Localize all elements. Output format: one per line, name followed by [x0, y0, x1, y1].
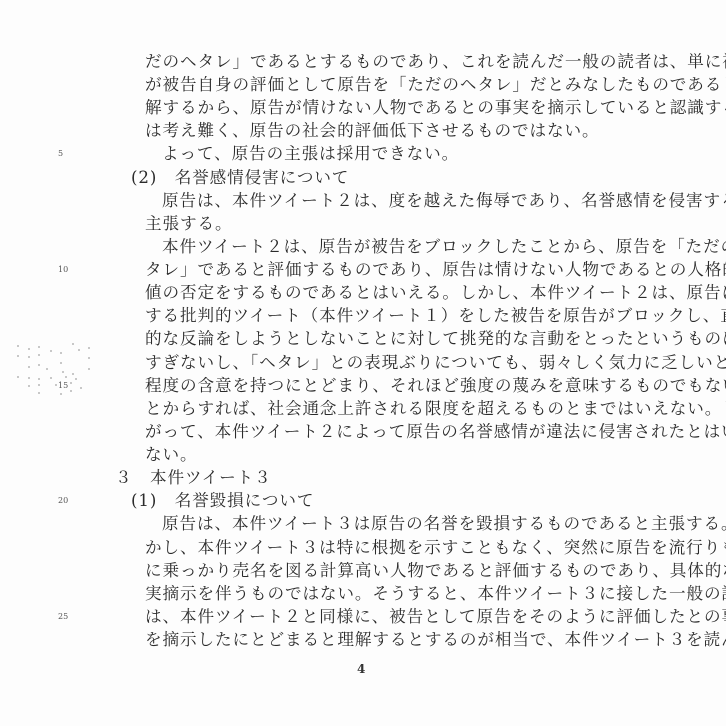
- scan-dot-pattern: [10, 340, 90, 420]
- text-line: 程度の含意を持つにとどまり、それほど強度の蔑みを意味するものでもないこ: [145, 373, 690, 399]
- text-line: とからすれば、社会通念上許される限度を超えるものとまではいえない。した: [145, 396, 690, 422]
- text-line: は考え難く、原告の社会的評価低下させるものではない。: [145, 118, 690, 144]
- text-line: する批判的ツイート（本件ツイート１）をした被告を原告がブロックし、直接: [145, 303, 690, 329]
- text-line: だのヘタレ」であるとするものであり、これを読んだ一般の読者は、単に被告: [145, 49, 690, 75]
- text-line: が被告自身の評価として原告を「ただのヘタレ」だとみなしたものであると理: [145, 72, 690, 98]
- text-line: 原告は、本件ツイート３は原告の名誉を毀損するものであると主張する。し: [162, 511, 707, 537]
- section-heading: ３ 本件ツイート３: [115, 465, 660, 491]
- text-line: がって、本件ツイート２によって原告の名誉感情が違法に侵害されたとはいえ: [145, 419, 690, 445]
- text-line: 的な反論をしようとしないことに対して挑発的な言動をとったというものに: [145, 326, 690, 352]
- text-line: よって、原告の主張は採用できない。: [162, 141, 707, 167]
- text-line: タレ」であると評価するものであり、原告は情けない人物であるとの人格的価: [145, 257, 690, 283]
- text-line: 解するから、原告が情けない人物であるとの事実を摘示していると認識すると: [145, 95, 690, 121]
- subsection-heading: (1) 名誉毀損について: [131, 488, 676, 514]
- text-line: ない。: [145, 442, 690, 468]
- text-line: は、本件ツイート２と同様に、被告として原告をそのように評価したとの事実: [145, 604, 690, 630]
- line-number: 15: [58, 373, 78, 399]
- line-number: 10: [58, 257, 78, 283]
- text-line: に乗っかり売名を図る計算高い人物であると評価するものであり、具体的な事: [145, 558, 690, 584]
- text-line: 本件ツイート２は、原告が被告をブロックしたことから、原告を「ただのヘ: [162, 234, 707, 260]
- text-line: 主張する。: [145, 211, 690, 237]
- text-line: 値の否定をするものであるとはいえる。しかし、本件ツイート２は、原告に対: [145, 280, 690, 306]
- section-heading: (2) 名誉感情侵害について: [131, 165, 676, 191]
- line-number: 20: [58, 488, 78, 514]
- text-line: 実摘示を伴うものではない。そうすると、本件ツイート３に接した一般の読者: [145, 581, 690, 607]
- text-line: かし、本件ツイート３は特に根拠を示すこともなく、突然に原告を流行りもの: [145, 535, 690, 561]
- page-number: 4: [357, 662, 365, 676]
- text-line: 原告は、本件ツイート２は、度を越えた侮辱であり、名誉感情を侵害すると: [162, 188, 707, 214]
- text-line: すぎないし、「ヘタレ」との表現ぶりについても、弱々しく気力に乏しいという: [145, 350, 690, 376]
- line-number: 5: [58, 141, 78, 167]
- line-number: 25: [58, 604, 78, 630]
- document-page: だのヘタレ」であるとするものであり、これを読んだ一般の読者は、単に被告 が被告自…: [0, 0, 726, 726]
- text-line: を摘示したにとどまると理解するとするのが相当で、本件ツイート３を読んだ: [145, 627, 690, 653]
